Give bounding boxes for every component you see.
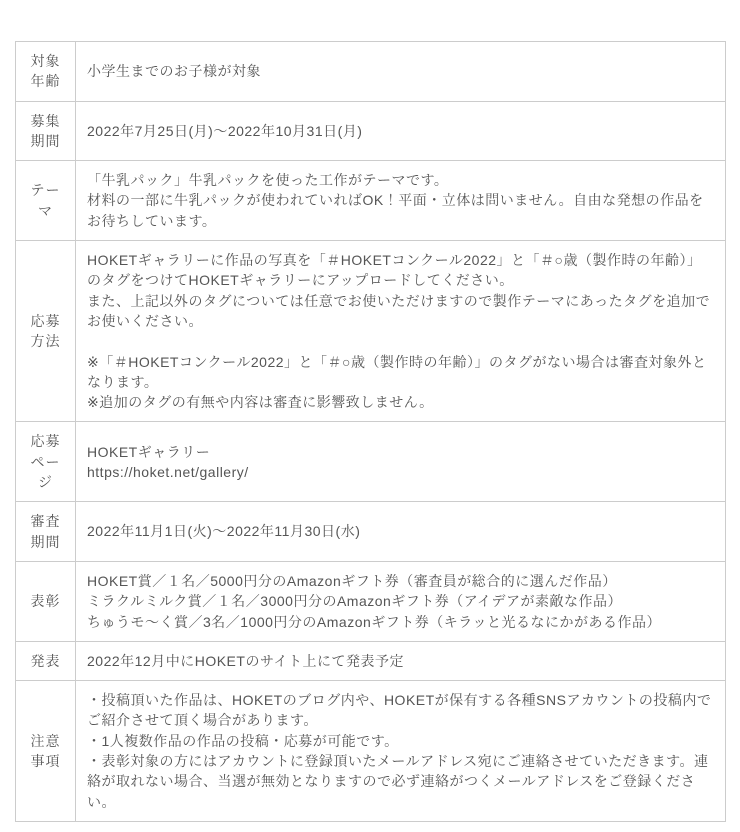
table-row-entry-period: 募集 期間 2022年7月25日(月)～2022年10月31日(月) (16, 101, 726, 161)
table-row-entry-method: 応募 方法 HOKETギャラリーに作品の写真を「＃HOKETコンクール2022」… (16, 241, 726, 422)
row-header-theme: テー マ (16, 161, 76, 241)
row-header-judging-period: 審査 期間 (16, 502, 76, 562)
table-row-theme: テー マ 「牛乳パック」牛乳パックを使った工作がテーマです。 材料の一部に牛乳パ… (16, 161, 726, 241)
row-header-entry-method: 応募 方法 (16, 241, 76, 422)
row-content-entry-page: HOKETギャラリー https://hoket.net/gallery/ (76, 422, 726, 502)
row-header-awards: 表彰 (16, 561, 76, 641)
row-header-announcement: 発表 (16, 641, 76, 680)
table-row-awards: 表彰 HOKET賞／１名／5000円分のAmazonギフト券（審査員が総合的に選… (16, 561, 726, 641)
row-header-entry-period: 募集 期間 (16, 101, 76, 161)
row-content-notes: ・投稿頂いた作品は、HOKETのブログ内や、HOKETが保有する各種SNSアカウ… (76, 681, 726, 822)
row-content-announcement: 2022年12月中にHOKETのサイト上にて発表予定 (76, 641, 726, 680)
row-header-notes: 注意 事項 (16, 681, 76, 822)
contest-info-table: 対象 年齢 小学生までのお子様が対象 募集 期間 2022年7月25日(月)～2… (15, 41, 726, 822)
row-content-awards: HOKET賞／１名／5000円分のAmazonギフト券（審査員が総合的に選んだ作… (76, 561, 726, 641)
table-row-target-age: 対象 年齢 小学生までのお子様が対象 (16, 42, 726, 102)
row-content-entry-method: HOKETギャラリーに作品の写真を「＃HOKETコンクール2022」と「＃○歳（… (76, 241, 726, 422)
row-content-entry-period: 2022年7月25日(月)～2022年10月31日(月) (76, 101, 726, 161)
table-row-announcement: 発表 2022年12月中にHOKETのサイト上にて発表予定 (16, 641, 726, 680)
row-content-theme: 「牛乳パック」牛乳パックを使った工作がテーマです。 材料の一部に牛乳パックが使わ… (76, 161, 726, 241)
page: 対象 年齢 小学生までのお子様が対象 募集 期間 2022年7月25日(月)～2… (0, 0, 740, 822)
row-header-entry-page: 応募 ペー ジ (16, 422, 76, 502)
table-row-judging-period: 審査 期間 2022年11月1日(火)～2022年11月30日(水) (16, 502, 726, 562)
table-row-entry-page: 応募 ペー ジ HOKETギャラリー https://hoket.net/gal… (16, 422, 726, 502)
row-content-target-age: 小学生までのお子様が対象 (76, 42, 726, 102)
table-row-notes: 注意 事項 ・投稿頂いた作品は、HOKETのブログ内や、HOKETが保有する各種… (16, 681, 726, 822)
row-header-target-age: 対象 年齢 (16, 42, 76, 102)
row-content-judging-period: 2022年11月1日(火)～2022年11月30日(水) (76, 502, 726, 562)
